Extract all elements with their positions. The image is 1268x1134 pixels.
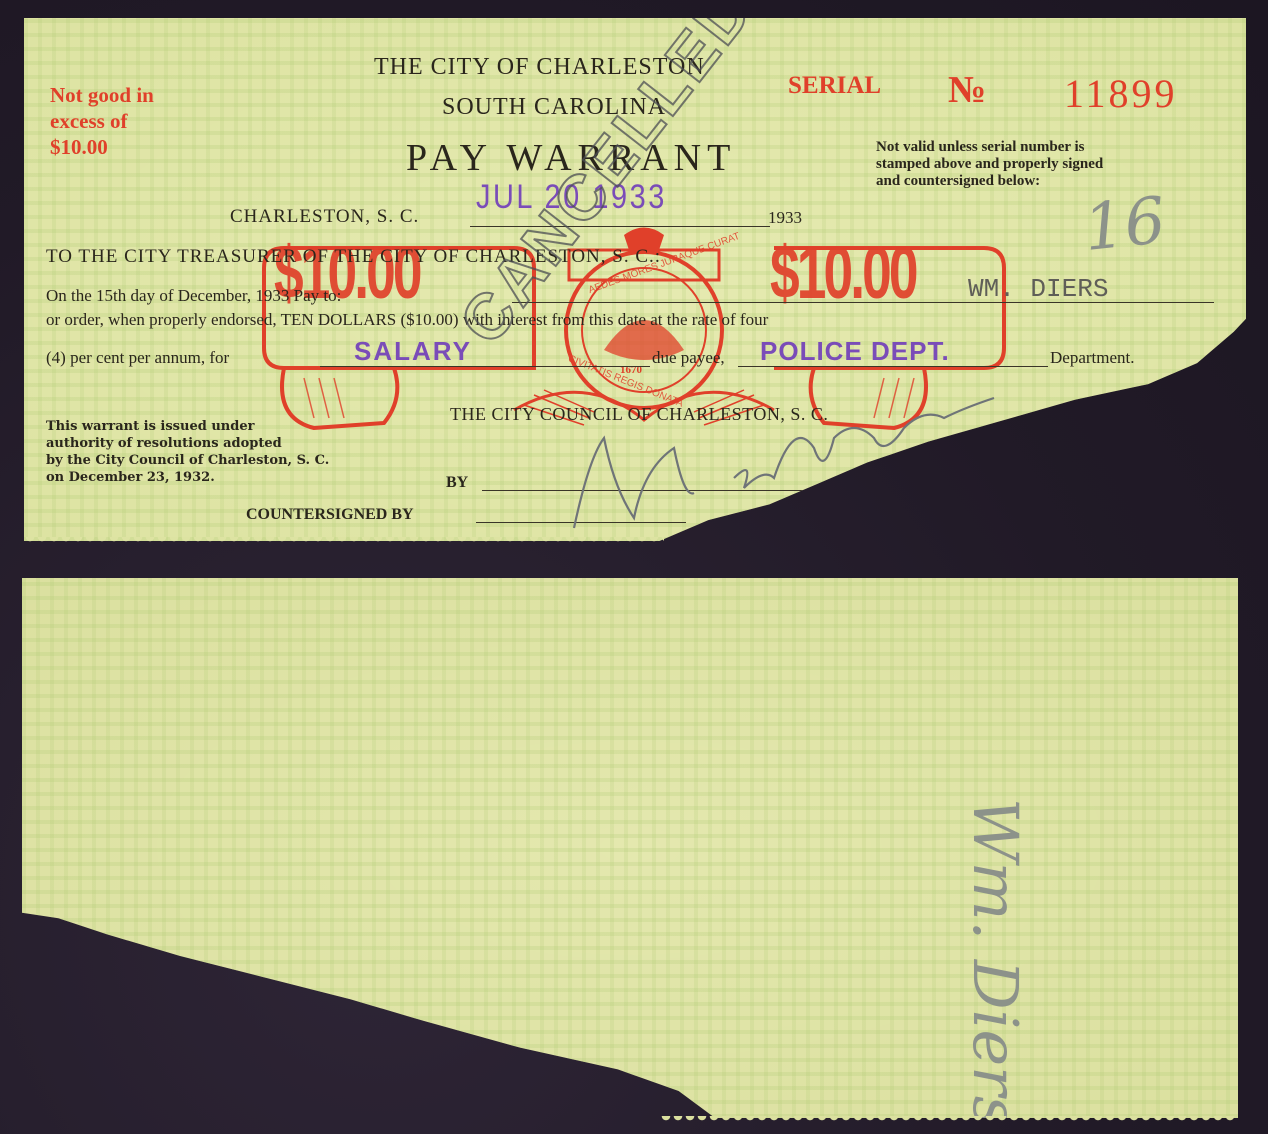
number-sign: № — [948, 68, 986, 112]
limit-line: $10.00 — [50, 134, 154, 160]
authority-line: on December 23, 1932. — [46, 469, 329, 486]
department-label: Department. — [1050, 348, 1135, 368]
payee-line — [512, 302, 1214, 303]
validity-line: Not valid unless serial number is — [876, 139, 1103, 156]
perforated-edge — [660, 1116, 1238, 1124]
authority-line: by the City Council of Charleston, S. C. — [46, 452, 329, 469]
back-endorsement: Wm. Diers — [959, 798, 1032, 1128]
pencil-note: 16 — [1080, 184, 1169, 266]
validity-line: stamped above and properly signed — [876, 156, 1103, 173]
by-label: BY — [446, 474, 468, 492]
countersigned-label: COUNTERSIGNED BY — [246, 506, 414, 524]
authority-notice: This warrant is issued under authority o… — [46, 418, 329, 486]
interest-line: (4) per cent per annum, for — [46, 348, 229, 368]
payee-name: WM. DIERS — [968, 274, 1108, 304]
department-stamp: POLICE DEPT. — [760, 336, 950, 367]
serial-label: SERIAL — [788, 72, 881, 100]
validity-notice: Not valid unless serial number is stampe… — [876, 139, 1103, 190]
perforated-edge — [24, 537, 664, 545]
serial-number: 11899 — [1064, 70, 1178, 117]
limit-line: excess of — [50, 108, 154, 134]
due-payee: due payee, — [652, 348, 725, 368]
purpose-stamp: SALARY — [354, 336, 472, 367]
authority-line: authority of resolutions adopted — [46, 435, 329, 452]
pay-line: On the 15th day of December, 1933 Pay to… — [46, 286, 341, 306]
authority-line: This warrant is issued under — [46, 418, 329, 435]
order-line: or order, when properly endorsed, TEN DO… — [46, 310, 768, 330]
validity-line: and countersigned below: — [876, 173, 1103, 190]
limit-line: Not good in — [50, 82, 154, 108]
limit-notice: Not good in excess of $10.00 — [50, 82, 154, 160]
